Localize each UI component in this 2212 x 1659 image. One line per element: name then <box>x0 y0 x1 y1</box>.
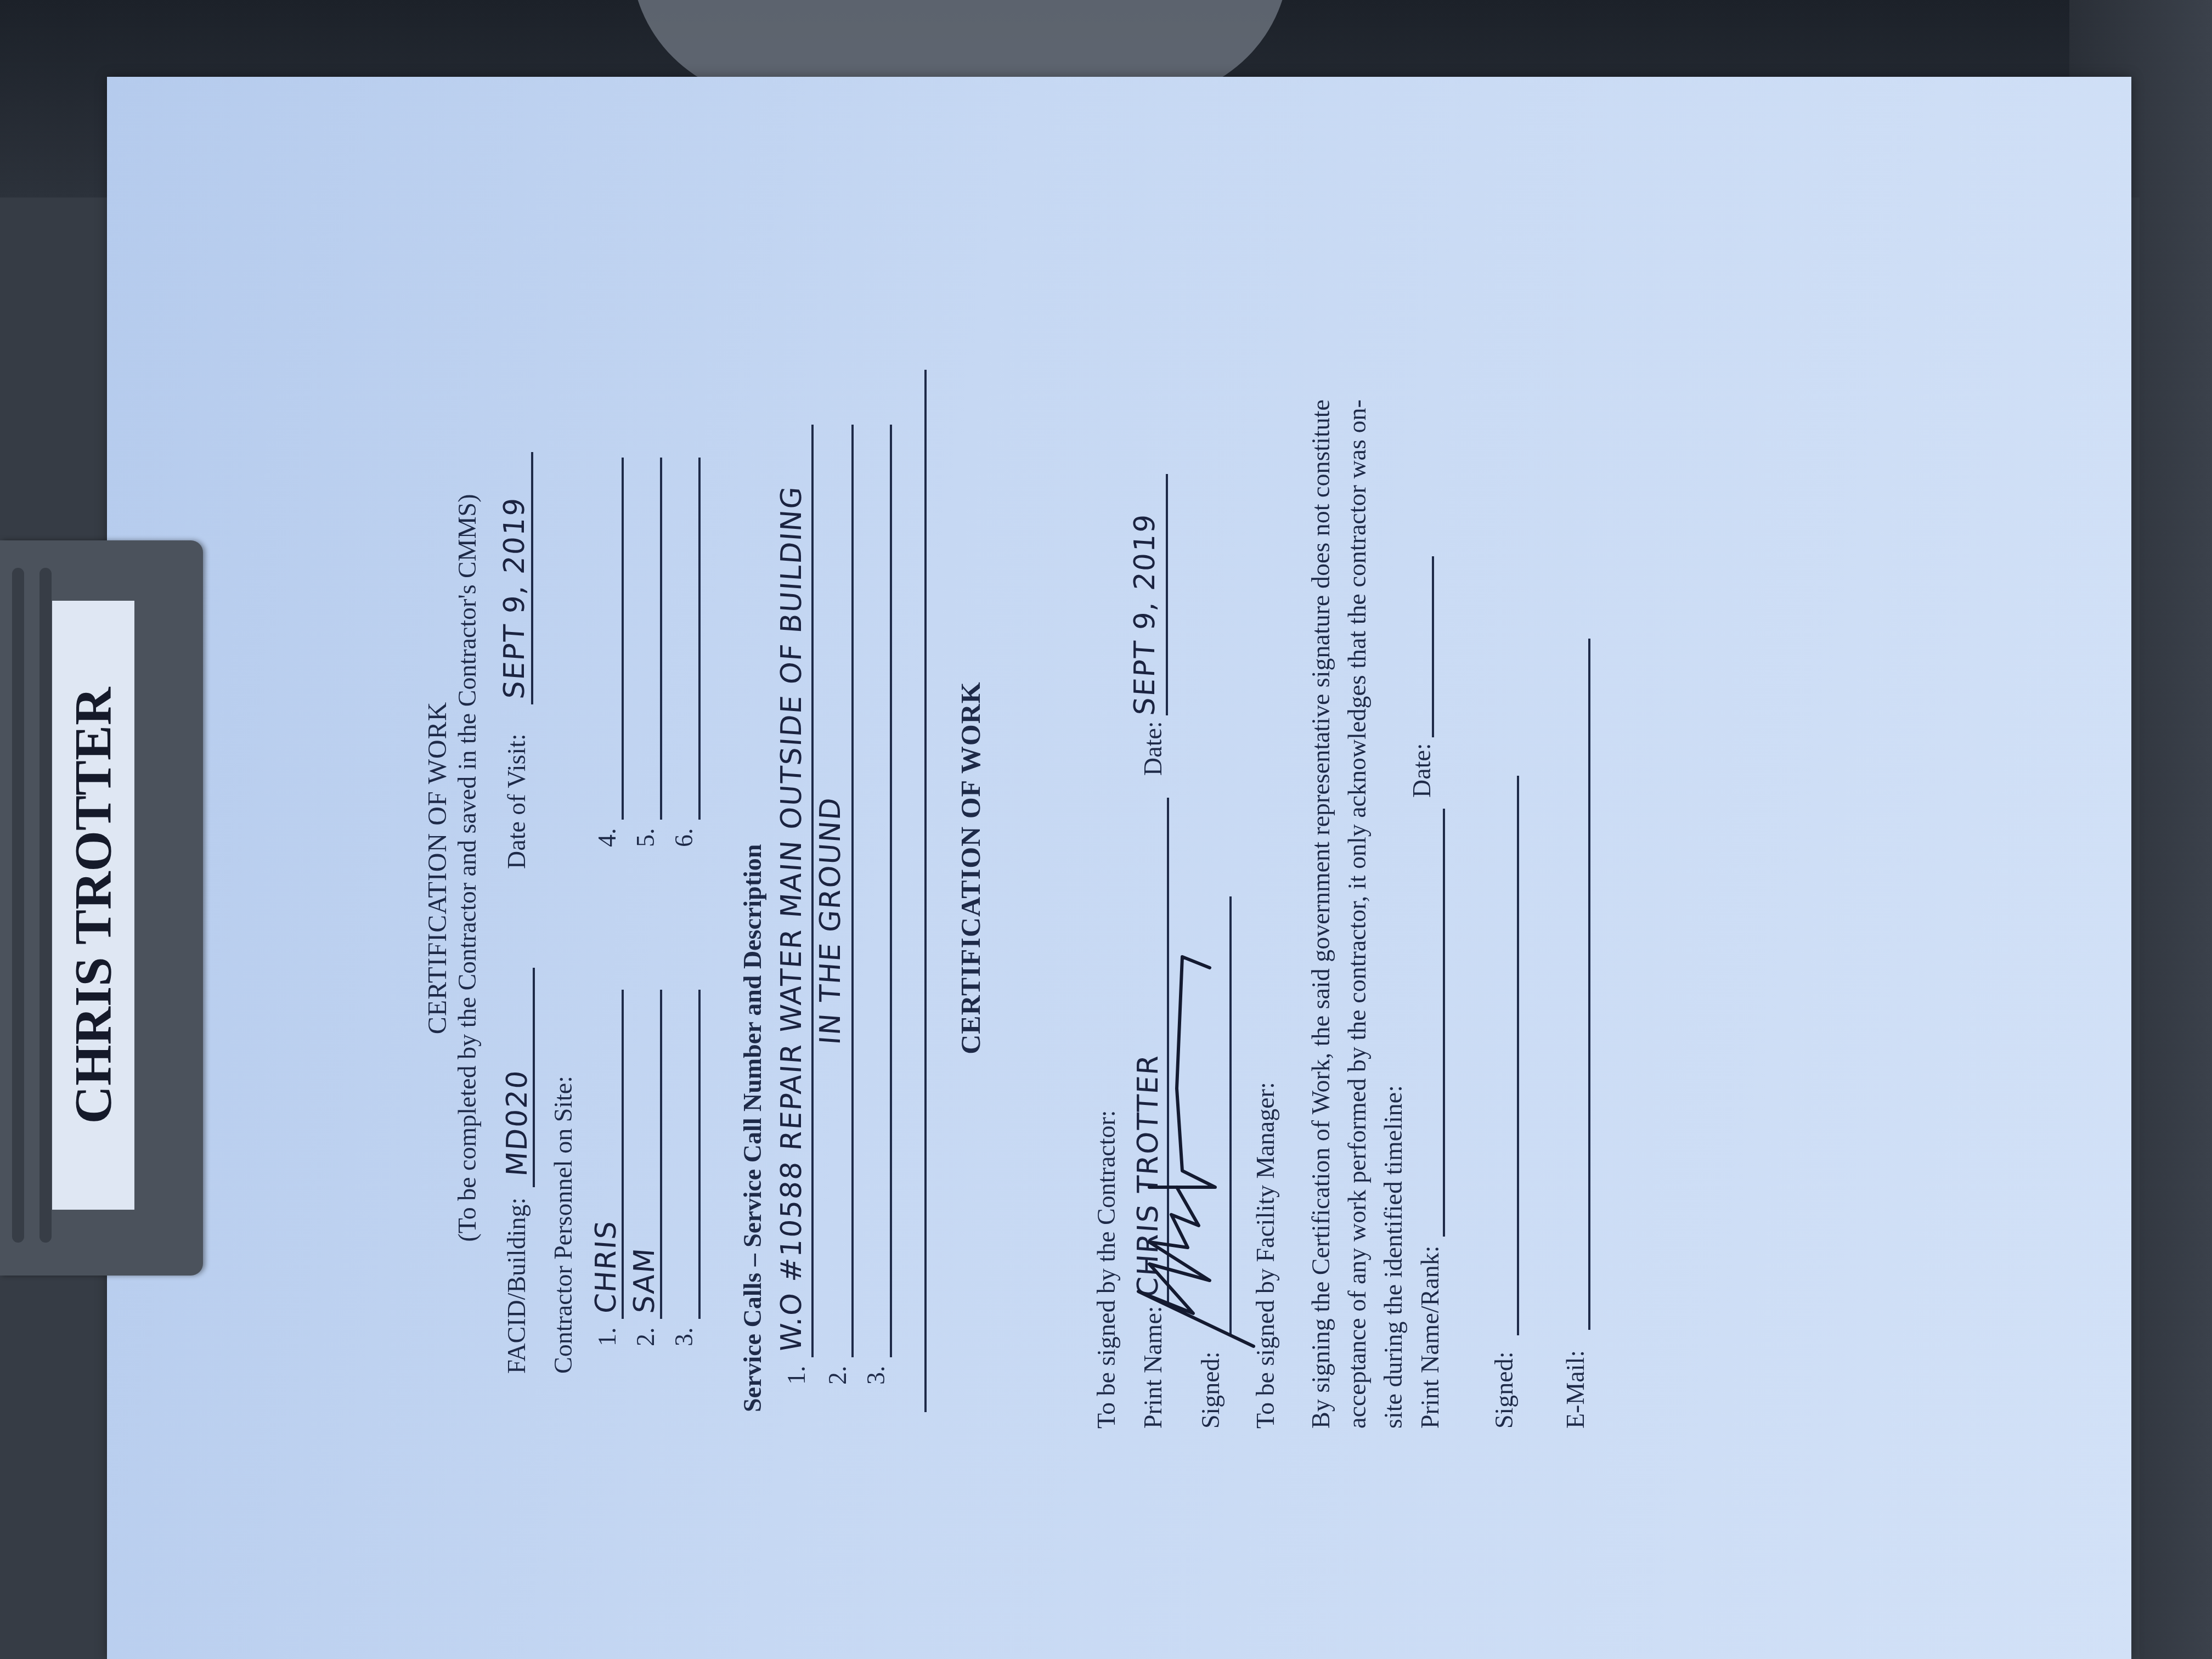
personnel-num-6: 6. <box>669 828 698 848</box>
clip-ridge <box>39 568 52 1243</box>
contractor-signed-label: Signed: <box>1196 1351 1225 1429</box>
clipboard-clip: CHRIS TROTTER <box>0 540 203 1276</box>
date-of-visit-field[interactable]: SEPT 9, 2019 <box>499 452 533 704</box>
service-call-num-3: 3. <box>861 1366 890 1385</box>
personnel-name-2: SAM <box>628 1246 661 1314</box>
form-title: CERTIFICATION OF WORK <box>422 77 453 1659</box>
section-divider <box>924 370 927 1412</box>
fm-date-label: Date: <box>1407 743 1436 798</box>
personnel-field-2[interactable]: SAM <box>628 990 662 1319</box>
certification-form-paper: CERTIFICATION OF WORK (To be completed b… <box>107 77 2131 1659</box>
facid-label: FACID/Building: <box>502 1198 531 1374</box>
personnel-num-3: 3. <box>669 1328 698 1347</box>
personnel-name-1: CHRIS <box>590 1219 623 1314</box>
service-call-num-1: 1. <box>782 1366 811 1385</box>
facid-value: MD020 <box>501 1069 534 1177</box>
personnel-label: Contractor Personnel on Site: <box>549 1076 578 1374</box>
disclaimer-text: By signing the Certification of Work, th… <box>1303 386 1412 1429</box>
personnel-field-1[interactable]: CHRIS <box>590 990 624 1319</box>
service-call-field-2[interactable]: IN THE GROUND <box>817 425 854 1357</box>
clipboard-name-label: CHRIS TROTTER <box>52 601 134 1210</box>
personnel-num-1: 1. <box>592 1328 622 1347</box>
print-name-rank-label: Print Name/Rank: <box>1415 1246 1444 1429</box>
service-call-num-2: 2. <box>823 1366 852 1385</box>
personnel-num-4: 4. <box>592 828 622 848</box>
service-calls-heading: Service Calls – Service Call Number and … <box>738 844 767 1412</box>
email-label: E-Mail: <box>1561 1350 1590 1429</box>
personnel-field-3[interactable] <box>667 990 701 1319</box>
service-call-text-1: W.O #10588 REPAIR WATER MAIN OUTSIDE OF … <box>775 484 808 1353</box>
clipboard-name-text: CHRIS TROTTER <box>63 687 124 1124</box>
fm-section-label: To be signed by Facility Manager: <box>1251 1082 1280 1429</box>
contractor-date-field[interactable]: SEPT 9, 2019 <box>1128 474 1168 715</box>
service-call-field-3[interactable] <box>856 425 892 1357</box>
personnel-field-4[interactable] <box>590 458 624 820</box>
facid-field[interactable]: MD020 <box>502 968 535 1187</box>
date-of-visit-label: Date of Visit: <box>502 733 531 869</box>
date-of-visit-value: SEPT 9, 2019 <box>498 496 531 700</box>
clip-ridge <box>12 568 24 1243</box>
fm-date-field[interactable] <box>1399 556 1434 737</box>
personnel-num-5: 5. <box>631 828 660 848</box>
print-name-rank-field[interactable] <box>1410 809 1445 1237</box>
contractor-signature-scribble <box>1116 858 1259 1352</box>
service-call-field-1[interactable]: W.O #10588 REPAIR WATER MAIN OUTSIDE OF … <box>775 425 814 1357</box>
personnel-field-6[interactable] <box>667 458 701 820</box>
contractor-date-label: Date: <box>1138 721 1167 776</box>
form-page: CERTIFICATION OF WORK (To be completed b… <box>107 77 2131 1659</box>
contractor-date-value: SEPT 9, 2019 <box>1128 512 1161 716</box>
certification-heading: CERTIFICATION OF WORK <box>955 77 986 1659</box>
personnel-field-5[interactable] <box>628 458 662 820</box>
fm-signature-field[interactable] <box>1484 776 1519 1335</box>
personnel-num-2: 2. <box>631 1328 660 1347</box>
form-subtitle: (To be completed by the Contractor and s… <box>453 77 482 1659</box>
service-call-continuation-1: IN THE GROUND <box>814 796 847 1046</box>
email-field[interactable] <box>1555 639 1590 1330</box>
fm-signed-label: Signed: <box>1489 1351 1519 1429</box>
